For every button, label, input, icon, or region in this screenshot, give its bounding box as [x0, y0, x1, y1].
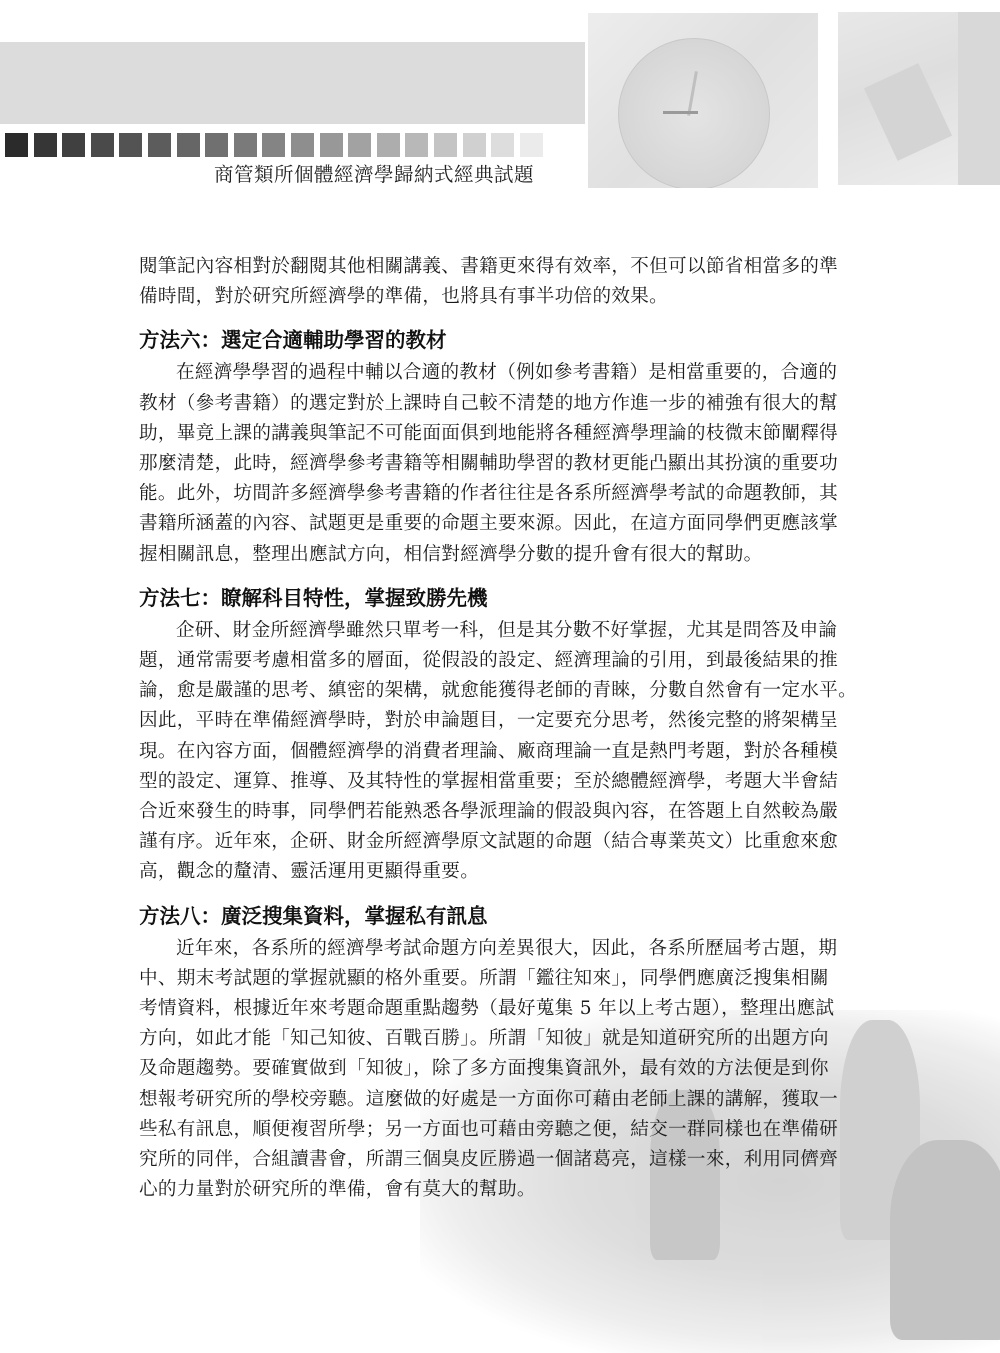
- gradient-square: [291, 133, 314, 157]
- text-line: 題，通常需要考慮相當多的層面，從假設的設定、經濟理論的引用，到最後結果的推: [139, 646, 864, 676]
- text-line: 型的設定、運算、推導、及其特性的掌握相當重要；至於總體經濟學，考題大半會結: [139, 767, 864, 797]
- gradient-square: [491, 133, 514, 157]
- gradient-square: [262, 133, 285, 157]
- gradient-square: [177, 133, 200, 157]
- clock-photo: [588, 13, 818, 188]
- text-line: 謹有序。近年來，企研、財金所經濟學原文試題的命題（結合專業英文）比重愈來愈: [139, 827, 864, 857]
- clock-hand-icon: [663, 111, 698, 114]
- text-line: 握相關訊息，整理出應試方向，相信對經濟學分數的提升會有很大的幫助。: [139, 540, 864, 570]
- text-line: 助，畢竟上課的講義與筆記不可能面面俱到地能將各種經濟學理論的枝微末節闡釋得: [139, 419, 864, 449]
- text-line: 方向，如此才能「知己知彼、百戰百勝」。所謂「知彼」就是知道研究所的出題方向: [139, 1024, 864, 1054]
- text-line: 想報考研究所的學校旁聽。這麼做的好處是一方面你可藉由老師上課的講解，獲取一: [139, 1085, 864, 1115]
- photo-strip: [958, 12, 1000, 185]
- gradient-square: [148, 133, 171, 157]
- gradient-square: [34, 133, 57, 157]
- text-line: 能。此外，坊間許多經濟學參考書籍的作者往往是各系所經濟學考試的命題教師，其: [139, 479, 864, 509]
- running-title: 商管類所個體經濟學歸納式經典試題: [214, 159, 534, 187]
- section-heading-method-7: 方法七：瞭解科目特性，掌握致勝先機: [139, 582, 864, 614]
- header-gray-band: [0, 42, 585, 124]
- section-heading-method-6: 方法六：選定合適輔助學習的教材: [139, 324, 864, 356]
- text-line: 高，觀念的釐清、靈活運用更顯得重要。: [139, 857, 864, 887]
- text-line: 近年來，各系所的經濟學考試命題方向差異很大，因此，各系所歷屆考古題，期: [139, 934, 864, 964]
- gradient-square: [463, 133, 486, 157]
- text-line: 因此，平時在準備經濟學時，對於申論題目，一定要充分思考，然後完整的將架構呈: [139, 706, 864, 736]
- text-line: 及命題趨勢。要確實做到「知彼」，除了多方面搜集資訊外，最有效的方法便是到你: [139, 1054, 864, 1084]
- text-line: 現。在內容方面，個體經濟學的消費者理論、廠商理論一直是熱門考題，對於各種模: [139, 737, 864, 767]
- text-line: 考情資料，根據近年來考題命題重點趨勢（最好蒐集 5 年以上考古題），整理出應試: [139, 994, 864, 1024]
- intro-paragraph: 閱筆記內容相對於翻閱其他相關講義、書籍更來得有效率，不但可以節省相當多的準 備時…: [139, 252, 864, 312]
- gradient-square: [234, 133, 257, 157]
- document-body: 閱筆記內容相對於翻閱其他相關講義、書籍更來得有效率，不但可以節省相當多的準 備時…: [139, 252, 864, 1205]
- text-line: 心的力量對於研究所的準備，會有莫大的幫助。: [139, 1175, 864, 1205]
- gradient-square: [62, 133, 85, 157]
- gradient-square: [205, 133, 228, 157]
- text-line: 些私有訊息，順便複習所學；另一方面也可藉由旁聽之便，結交一群同樣也在準備研: [139, 1115, 864, 1145]
- gradient-square: [320, 133, 343, 157]
- gradient-square: [5, 133, 28, 157]
- text-line: 論，愈是嚴謹的思考、縝密的架構，就愈能獲得老師的青睞，分數自然會有一定水平。: [139, 676, 864, 706]
- gradient-square: [119, 133, 142, 157]
- section-paragraph-method-8: 近年來，各系所的經濟學考試命題方向差異很大，因此，各系所歷屆考古題，期 中、期末…: [139, 934, 864, 1206]
- gradient-square: [434, 133, 457, 157]
- money-photo: [838, 12, 1000, 185]
- text-line: 那麼清楚，此時，經濟學參考書籍等相關輔助學習的教材更能凸顯出其扮演的重要功: [139, 449, 864, 479]
- section-heading-method-8: 方法八：廣泛搜集資料，掌握私有訊息: [139, 900, 864, 932]
- text-line: 中、期末考試題的掌握就顯的格外重要。所謂「鑑往知來」，同學們應廣泛搜集相關: [139, 964, 864, 994]
- text-line: 教材（參考書籍）的選定對於上課時自己較不清楚的地方作進一步的補強有很大的幫: [139, 389, 864, 419]
- gradient-square: [91, 133, 114, 157]
- text-line: 究所的同伴，合組讀書會，所謂三個臭皮匠勝過一個諸葛亮，這樣一來，利用同儕齊: [139, 1145, 864, 1175]
- gradient-square: [520, 133, 543, 157]
- gradient-squares-decoration: [5, 133, 543, 157]
- gradient-square: [377, 133, 400, 157]
- gradient-square: [348, 133, 371, 157]
- text-line: 書籍所涵蓋的內容、試題更是重要的命題主要來源。因此，在這方面同學們更應該掌: [139, 509, 864, 539]
- section-paragraph-method-7: 企研、財金所經濟學雖然只單考一科，但是其分數不好掌握，尤其是問答及申論 題，通常…: [139, 616, 864, 888]
- text-line: 閱筆記內容相對於翻閱其他相關講義、書籍更來得有效率，不但可以節省相當多的準: [139, 252, 864, 282]
- text-line: 合近來發生的時事，同學們若能熟悉各學派理論的假設與內容，在答題上自然較為嚴: [139, 797, 864, 827]
- section-paragraph-method-6: 在經濟學學習的過程中輔以合適的教材（例如參考書籍）是相當重要的，合適的 教材（參…: [139, 358, 864, 569]
- text-line: 在經濟學學習的過程中輔以合適的教材（例如參考書籍）是相當重要的，合適的: [139, 358, 864, 388]
- text-line: 備時間，對於研究所經濟學的準備，也將具有事半功倍的效果。: [139, 282, 864, 312]
- gradient-square: [405, 133, 428, 157]
- text-line: 企研、財金所經濟學雖然只單考一科，但是其分數不好掌握，尤其是問答及申論: [139, 616, 864, 646]
- person-figure: [890, 1140, 1000, 1340]
- banknote-icon: [864, 63, 952, 161]
